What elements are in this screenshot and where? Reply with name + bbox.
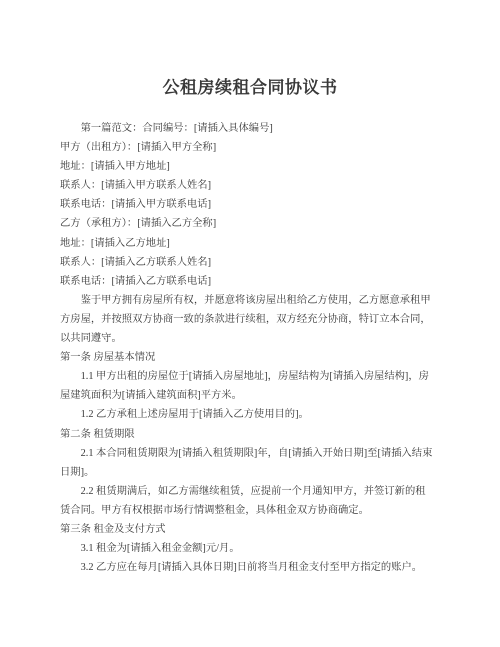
- party-a-contact-line: 联系人：[请插入甲方联系人姓名]: [60, 176, 434, 195]
- clause-3-2: 3.2 乙方应在每月[请插入具体日期]日前将当月租金支付至甲方指定的账户。: [60, 558, 434, 577]
- clause-2-2: 2.2 租赁期满后，如乙方需继续租赁，应提前一个月通知甲方，并签订新的租赁合同。…: [60, 482, 434, 520]
- preamble-paragraph: 鉴于甲方拥有房屋所有权，并愿意将该房屋出租给乙方使用，乙方愿意承租甲方房屋，并按…: [60, 291, 434, 348]
- contract-number-line: 第一篇范文：合同编号：[请插入具体编号]: [60, 119, 434, 138]
- party-b-line: 乙方（承租方）：[请插入乙方全称]: [60, 214, 434, 233]
- document-title: 公租房续租合同协议书: [0, 75, 500, 101]
- party-b-contact-line: 联系人：[请插入乙方联系人姓名]: [60, 253, 434, 272]
- document-body: 第一篇范文：合同编号：[请插入具体编号] 甲方（出租方）：[请插入甲方全称] 地…: [60, 119, 434, 577]
- party-a-phone-line: 联系电话：[请插入甲方联系电话]: [60, 195, 434, 214]
- article-1-heading: 第一条 房屋基本情况: [60, 348, 434, 367]
- party-b-address-line: 地址：[请插入乙方地址]: [60, 234, 434, 253]
- clause-2-1: 2.1 本合同租赁期限为[请插入租赁期限]年，自[请插入开始日期]至[请插入结束…: [60, 444, 434, 482]
- party-a-address-line: 地址：[请插入甲方地址]: [60, 157, 434, 176]
- document-page: 公租房续租合同协议书 第一篇范文：合同编号：[请插入具体编号] 甲方（出租方）：…: [0, 0, 500, 647]
- article-2-heading: 第二条 租赁期限: [60, 425, 434, 444]
- clause-1-1: 1.1 甲方出租的房屋位于[请插入房屋地址]，房屋结构为[请插入房屋结构]，房屋…: [60, 367, 434, 405]
- article-3-heading: 第三条 租金及支付方式: [60, 520, 434, 539]
- party-b-phone-line: 联系电话：[请插入乙方联系电话]: [60, 272, 434, 291]
- party-a-line: 甲方（出租方）：[请插入甲方全称]: [60, 138, 434, 157]
- clause-3-1: 3.1 租金为[请插入租金金额]元/月。: [60, 539, 434, 558]
- clause-1-2: 1.2 乙方承租上述房屋用于[请插入乙方使用目的]。: [60, 405, 434, 424]
